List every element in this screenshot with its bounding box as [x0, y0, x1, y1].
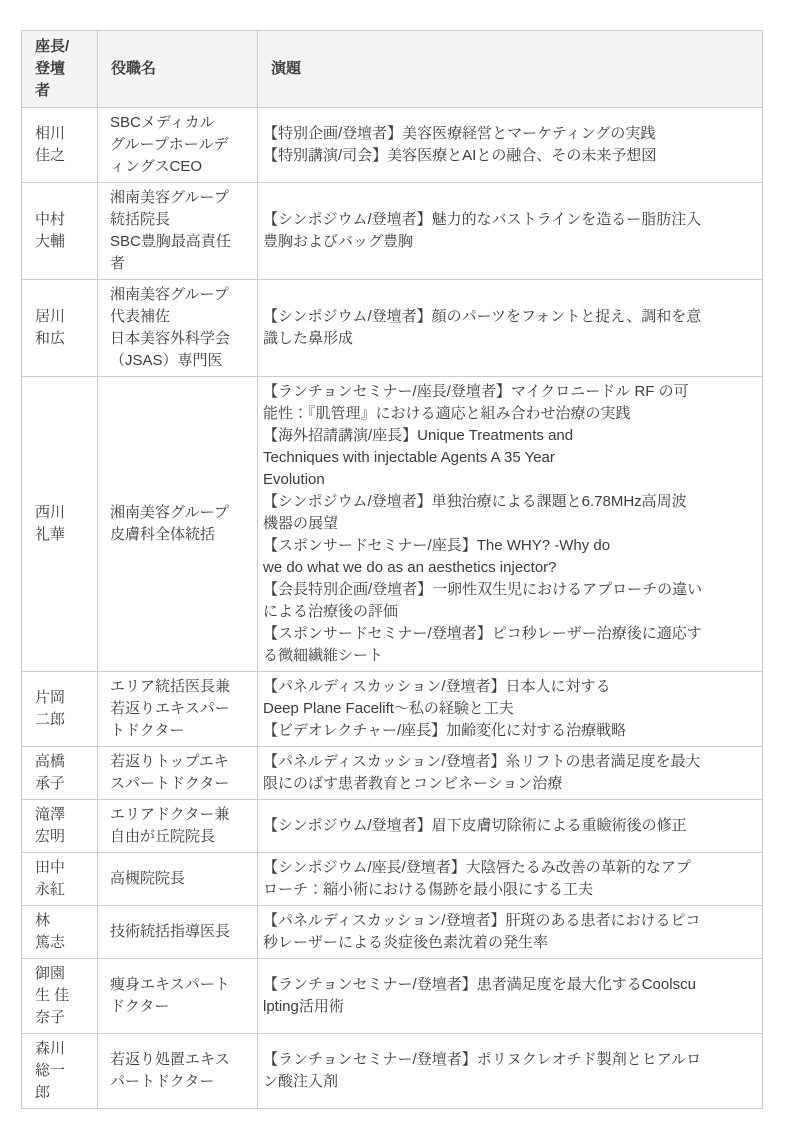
speaker-cell: 林 篤志: [22, 906, 98, 959]
table-body: 相川 佳之 SBCメディカル グループホールデ ィングスCEO 【特別企画/登壇…: [22, 108, 763, 1109]
table-row: 滝澤 宏明 エリアドクター兼 自由が丘院院長 【シンポジウム/登壇者】眉下皮膚切…: [22, 800, 763, 853]
table-row: 相川 佳之 SBCメディカル グループホールデ ィングスCEO 【特別企画/登壇…: [22, 108, 763, 183]
table-row: 西川 礼華 湘南美容グループ 皮膚科全体統括 【ランチョンセミナー/座長/登壇者…: [22, 377, 763, 672]
topics-cell: 【シンポジウム/登壇者】魅力的なバストラインを造るー脂肪注入 豊胸およびバッグ豊…: [258, 183, 763, 280]
role-cell: 湘南美容グループ 代表補佐 日本美容外科学会 （JSAS）専門医: [98, 280, 258, 377]
topics-cell: 【シンポジウム/座長/登壇者】大陰唇たるみ改善の革新的なアプ ローチ：縮小術にお…: [258, 853, 763, 906]
speaker-cell: 滝澤 宏明: [22, 800, 98, 853]
topics-cell: 【シンポジウム/登壇者】顔のパーツをフォントと捉え、調和を意 識した鼻形成: [258, 280, 763, 377]
role-cell: 湘南美容グループ 統括院長 SBC豊胸最高責任 者: [98, 183, 258, 280]
role-cell: エリアドクター兼 自由が丘院院長: [98, 800, 258, 853]
speaker-cell: 田中 永紅: [22, 853, 98, 906]
table-row: 田中 永紅 高槻院院長 【シンポジウム/座長/登壇者】大陰唇たるみ改善の革新的な…: [22, 853, 763, 906]
role-cell: 高槻院院長: [98, 853, 258, 906]
speaker-cell: 居川 和広: [22, 280, 98, 377]
topics-cell: 【パネルディスカッション/登壇者】日本人に対する Deep Plane Face…: [258, 672, 763, 747]
speaker-cell: 相川 佳之: [22, 108, 98, 183]
role-cell: 若返りトップエキ スパートドクター: [98, 747, 258, 800]
table-row: 森川 総一 郎 若返り処置エキス パートドクター 【ランチョンセミナー/登壇者】…: [22, 1034, 763, 1109]
role-cell: 若返り処置エキス パートドクター: [98, 1034, 258, 1109]
role-cell: SBCメディカル グループホールデ ィングスCEO: [98, 108, 258, 183]
table-row: 高橋 承子 若返りトップエキ スパートドクター 【パネルディスカッション/登壇者…: [22, 747, 763, 800]
header-speaker-column: 座長/ 登壇 者: [22, 31, 98, 108]
header-topics-column: 演題: [258, 31, 763, 108]
program-table: 座長/ 登壇 者 役職名 演題 相川 佳之 SBCメディカル グループホールデ …: [21, 30, 763, 1109]
speaker-cell: 森川 総一 郎: [22, 1034, 98, 1109]
header-role-column: 役職名: [98, 31, 258, 108]
speaker-cell: 中村 大輔: [22, 183, 98, 280]
speaker-cell: 片岡 二郎: [22, 672, 98, 747]
role-cell: 技術統括指導医長: [98, 906, 258, 959]
role-cell: 痩身エキスパート ドクター: [98, 959, 258, 1034]
table-row: 居川 和広 湘南美容グループ 代表補佐 日本美容外科学会 （JSAS）専門医 【…: [22, 280, 763, 377]
topics-cell: 【シンポジウム/登壇者】眉下皮膚切除術による重瞼術後の修正: [258, 800, 763, 853]
program-table-container: 座長/ 登壇 者 役職名 演題 相川 佳之 SBCメディカル グループホールデ …: [21, 30, 762, 1109]
table-row: 中村 大輔 湘南美容グループ 統括院長 SBC豊胸最高責任 者 【シンポジウム/…: [22, 183, 763, 280]
table-row: 林 篤志 技術統括指導医長 【パネルディスカッション/登壇者】肝斑のある患者にお…: [22, 906, 763, 959]
speaker-cell: 御園 生 佳 奈子: [22, 959, 98, 1034]
topics-cell: 【ランチョンセミナー/座長/登壇者】マイクロニードル RF の可 能性：『肌管理…: [258, 377, 763, 672]
table-row: 御園 生 佳 奈子 痩身エキスパート ドクター 【ランチョンセミナー/登壇者】患…: [22, 959, 763, 1034]
table-row: 片岡 二郎 エリア統括医長兼 若返りエキスパー トドクター 【パネルディスカッシ…: [22, 672, 763, 747]
role-cell: 湘南美容グループ 皮膚科全体統括: [98, 377, 258, 672]
speaker-cell: 西川 礼華: [22, 377, 98, 672]
topics-cell: 【ランチョンセミナー/登壇者】患者満足度を最大化するCoolscu lpting…: [258, 959, 763, 1034]
table-header: 座長/ 登壇 者 役職名 演題: [22, 31, 763, 108]
topics-cell: 【ランチョンセミナー/登壇者】ポリヌクレオチド製剤とヒアルロ ン酸注入剤: [258, 1034, 763, 1109]
speaker-cell: 高橋 承子: [22, 747, 98, 800]
role-cell: エリア統括医長兼 若返りエキスパー トドクター: [98, 672, 258, 747]
header-row: 座長/ 登壇 者 役職名 演題: [22, 31, 763, 108]
topics-cell: 【パネルディスカッション/登壇者】肝斑のある患者におけるピコ 秒レーザーによる炎…: [258, 906, 763, 959]
topics-cell: 【特別企画/登壇者】美容医療経営とマーケティングの実践 【特別講演/司会】美容医…: [258, 108, 763, 183]
topics-cell: 【パネルディスカッション/登壇者】糸リフトの患者満足度を最大 限にのばす患者教育…: [258, 747, 763, 800]
